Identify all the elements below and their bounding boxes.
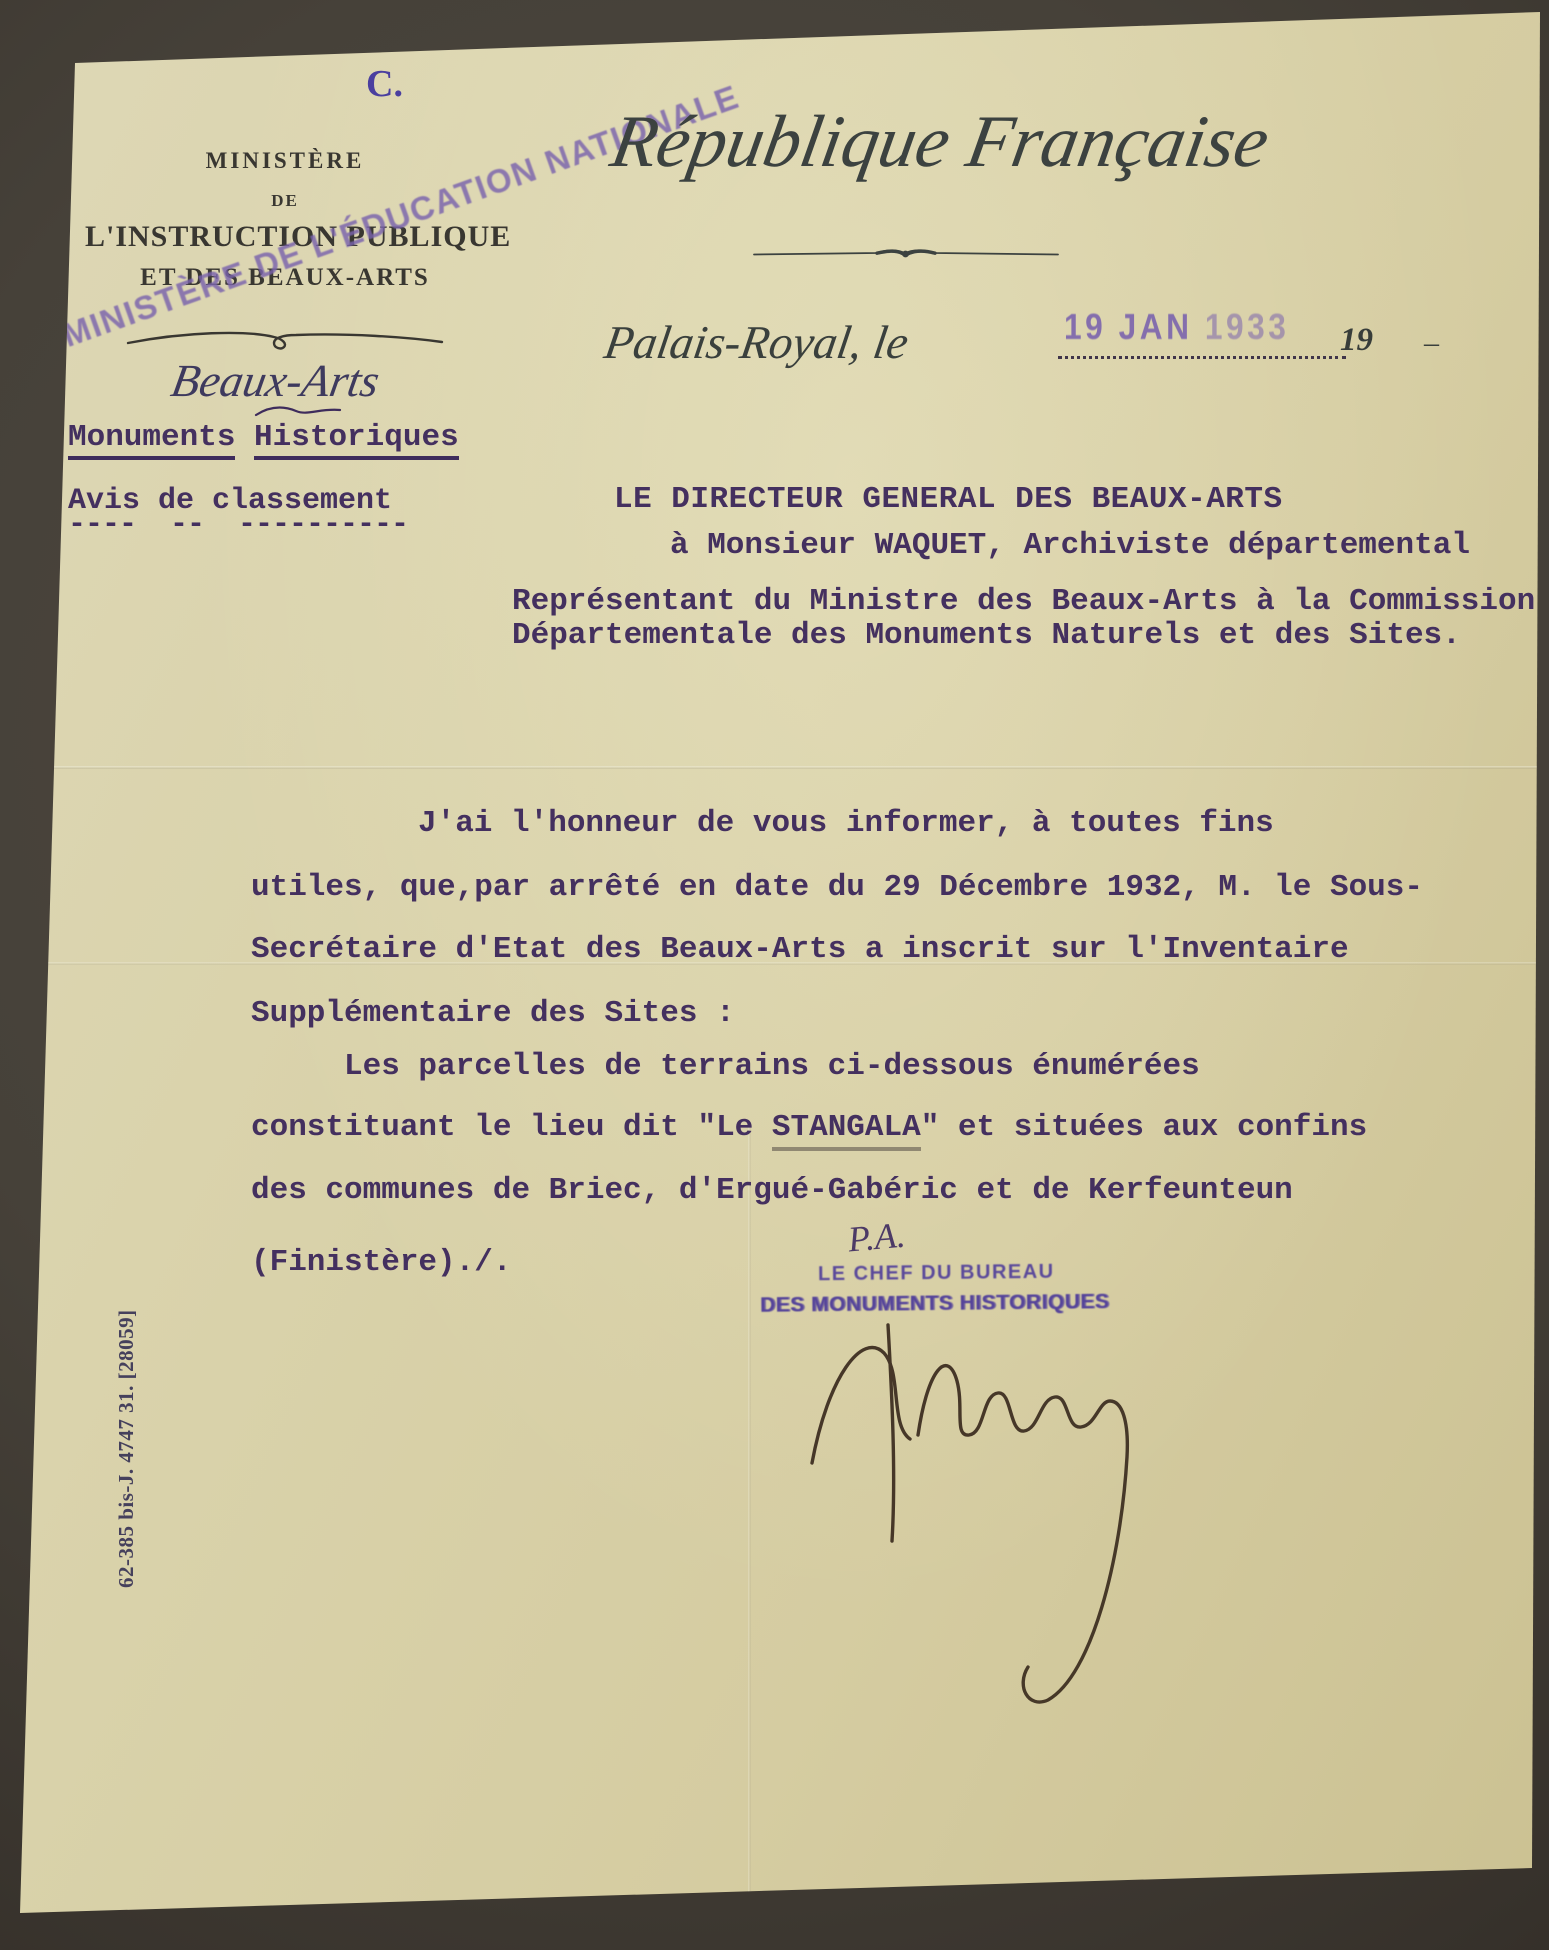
chef-bureau-stamp-line1: LE CHEF DU BUREAU	[818, 1261, 1055, 1286]
recipient-departementale: Départementale des Monuments Naturels et…	[512, 618, 1461, 653]
letterhead-flourish	[122, 328, 448, 354]
handwritten-initials-pa: P.A.	[846, 1214, 907, 1261]
word-historiques: Historiques	[254, 420, 459, 460]
printed-year-19: 19	[1340, 322, 1373, 359]
recipient-directeur-general: LE DIRECTEUR GENERAL DES BEAUX-ARTS	[614, 482, 1283, 517]
fold-crease-vertical	[748, 1125, 751, 1915]
word-monuments: Monuments	[68, 420, 235, 460]
division-beaux-arts-script: Beaux-Arts	[167, 354, 383, 407]
ink-squiggle-mark	[252, 404, 344, 420]
handwritten-annotation-c: C.	[366, 62, 403, 106]
body-line-7: des communes de Briec, d'Ergué-Gabéric e…	[251, 1173, 1293, 1208]
body-line-3: Secrétaire d'Etat des Beaux-Arts a inscr…	[251, 932, 1349, 967]
photo-scene: C. MINISTÈRE DE L'INSTRUCTION PUBLIQUE E…	[0, 0, 1549, 1950]
body-line-5: Les parcelles de terrains ci-dessous énu…	[344, 1049, 1200, 1084]
body-line-2: utiles, que,par arrêté en date du 29 Déc…	[251, 870, 1423, 905]
document-paper: C. MINISTÈRE DE L'INSTRUCTION PUBLIQUE E…	[0, 0, 1549, 1950]
service-monuments-historiques: Monuments Historiques	[68, 420, 459, 455]
date-stamp: 19 JAN 1933	[1064, 306, 1289, 348]
body-line-6c: " et situées aux confins	[921, 1110, 1367, 1145]
republique-francaise-title: République Française	[463, 100, 1418, 185]
handwritten-signature	[790, 1315, 1140, 1730]
place-line: Palais-Royal, le	[601, 316, 912, 370]
body-line-4: Supplémentaire des Sites :	[251, 996, 735, 1031]
subject-dashed-underline: ---- -- ----------	[68, 508, 408, 542]
date-stamp-day-month: 19 JAN	[1064, 306, 1193, 347]
date-stamp-year: 1933	[1205, 306, 1290, 347]
stangala-pencil-underlined: STANGALA	[772, 1110, 921, 1151]
letterhead-ministere: MINISTÈRE	[85, 148, 485, 174]
body-line-6a: constituant le lieu dit "Le	[251, 1110, 772, 1145]
recipient-representant: Représentant du Ministre des Beaux-Arts …	[512, 584, 1535, 619]
body-line-6: constituant le lieu dit "Le STANGALA" et…	[251, 1110, 1367, 1145]
recipient-monsieur-waquet: à Monsieur WAQUET, Archiviste départemen…	[670, 528, 1470, 563]
margin-print-code: 62-385 bis-J. 4747 31. [28059]	[114, 1309, 139, 1588]
chef-bureau-stamp-line2: DES MONUMENTS HISTORIQUES	[760, 1290, 1110, 1318]
body-line-1: J'ai l'honneur de vous informer, à toute…	[418, 806, 1274, 841]
body-line-8: (Finistère)./.	[251, 1245, 511, 1280]
year-dash-mark: –	[1424, 326, 1439, 360]
fold-crease-horizontal-1	[0, 766, 1549, 769]
header-divider-ornament	[750, 245, 1062, 263]
